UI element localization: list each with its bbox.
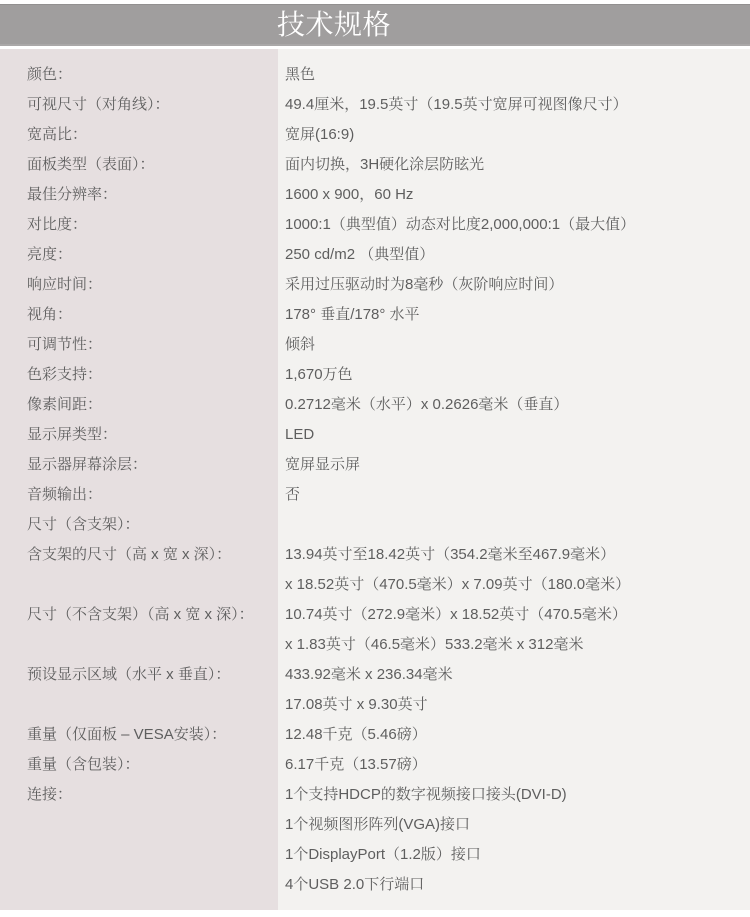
spec-label: 含支架的尺寸（高 x 宽 x 深）： (27, 540, 231, 570)
spec-row-connectivity-vga: 1个视频图形阵列(VGA)接口 (0, 810, 750, 840)
spec-label: 可调节性： (27, 330, 102, 360)
spec-row-connectivity-displayport: 1个DisplayPort（1.2版）接口 (0, 840, 750, 870)
spec-row-connectivity: 连接： 1个支持HDCP的数字视频接口接头(DVI-D) (0, 780, 750, 810)
spec-label: 对比度： (27, 210, 87, 240)
spec-value: 面内切换，3H硬化涂层防眩光 (285, 150, 484, 180)
spec-row-dimensions-with-stand-continued: x 18.52英寸（470.5毫米）x 7.09英寸（180.0毫米） (0, 570, 750, 600)
spec-value: x 18.52英寸（470.5毫米）x 7.09英寸（180.0毫米） (285, 570, 630, 600)
spec-value: 49.4厘米，19.5英寸（19.5英寸宽屏可视图像尺寸） (285, 90, 628, 120)
spec-label: 面板类型（表面）： (27, 150, 155, 180)
spec-value: 13.94英寸至18.42英寸（354.2毫米至467.9毫米） (285, 540, 615, 570)
spec-label: 重量（含包装）： (27, 750, 140, 780)
spec-row-adjustability: 可调节性： 倾斜 (0, 330, 750, 360)
spec-row-display-type: 显示屏类型： LED (0, 420, 750, 450)
spec-value: 1000:1（典型值）动态对比度2,000,000:1（最大值） (285, 210, 635, 240)
spec-label: 最佳分辨率： (27, 180, 117, 210)
section-header-bar: 技术规格 (0, 4, 750, 46)
spec-label: 尺寸（含支架）： (27, 510, 140, 540)
spec-label: 音频输出： (27, 480, 102, 510)
spec-value: 6.17千克（13.57磅） (285, 750, 427, 780)
spec-row-color-support: 色彩支持： 1,670万色 (0, 360, 750, 390)
spec-row-audio-output: 音频输出： 否 (0, 480, 750, 510)
spec-label: 颜色： (27, 60, 72, 90)
spec-value: x 1.83英寸（46.5毫米）533.2毫米 x 312毫米 (285, 630, 583, 660)
spec-value: 12.48千克（5.46磅） (285, 720, 427, 750)
spec-label: 尺寸（不含支架）（高 x 宽 x 深）： (27, 600, 254, 630)
spec-value: 4个USB 2.0下行端口 (285, 870, 424, 900)
spec-value: 250 cd/m2 （典型值） (285, 240, 434, 270)
spec-table: 颜色： 黑色 可视尺寸（对角线）： 49.4厘米，19.5英寸（19.5英寸宽屏… (0, 49, 750, 910)
spec-row-dimensions-without-stand: 尺寸（不含支架）（高 x 宽 x 深）： 10.74英寸（272.9毫米）x 1… (0, 600, 750, 630)
spec-label: 显示器屏幕涂层： (27, 450, 147, 480)
spec-row-contrast-ratio: 对比度： 1000:1（典型值）动态对比度2,000,000:1（最大值） (0, 210, 750, 240)
spec-value: 黑色 (285, 60, 315, 90)
spec-rows: 颜色： 黑色 可视尺寸（对角线）： 49.4厘米，19.5英寸（19.5英寸宽屏… (0, 60, 750, 900)
spec-value: 1个DisplayPort（1.2版）接口 (285, 840, 481, 870)
spec-row-weight-with-packaging: 重量（含包装）： 6.17千克（13.57磅） (0, 750, 750, 780)
spec-label: 响应时间： (27, 270, 102, 300)
spec-value: 1600 x 900，60 Hz (285, 180, 413, 210)
spec-value: 0.2712毫米（水平）x 0.2626毫米（垂直） (285, 390, 568, 420)
spec-label: 连接： (27, 780, 72, 810)
spec-row-panel-type: 面板类型（表面）： 面内切换，3H硬化涂层防眩光 (0, 150, 750, 180)
spec-value: 1个视频图形阵列(VGA)接口 (285, 810, 470, 840)
spec-row-brightness: 亮度： 250 cd/m2 （典型值） (0, 240, 750, 270)
spec-label: 预设显示区域（水平 x 垂直）： (27, 660, 230, 690)
spec-value: 采用过压驱动时为8毫秒（灰阶响应时间） (285, 270, 563, 300)
spec-value: 10.74英寸（272.9毫米）x 18.52英寸（470.5毫米） (285, 600, 627, 630)
spec-label: 重量（仅面板 – VESA安装）： (27, 720, 226, 750)
page-title: 技术规格 (277, 5, 391, 44)
spec-row-dimensions-with-stand: 含支架的尺寸（高 x 宽 x 深）： 13.94英寸至18.42英寸（354.2… (0, 540, 750, 570)
spec-label: 像素间距： (27, 390, 102, 420)
spec-row-connectivity-usb: 4个USB 2.0下行端口 (0, 870, 750, 900)
spec-row-response-time: 响应时间： 采用过压驱动时为8毫秒（灰阶响应时间） (0, 270, 750, 300)
spec-row-pixel-pitch: 像素间距： 0.2712毫米（水平）x 0.2626毫米（垂直） (0, 390, 750, 420)
spec-label: 视角： (27, 300, 72, 330)
spec-row-optimal-resolution: 最佳分辨率： 1600 x 900，60 Hz (0, 180, 750, 210)
spec-value: 178° 垂直/178° 水平 (285, 300, 420, 330)
spec-row-viewable-size: 可视尺寸（对角线）： 49.4厘米，19.5英寸（19.5英寸宽屏可视图像尺寸） (0, 90, 750, 120)
spec-value: 宽屏(16:9) (285, 120, 354, 150)
spec-row-aspect-ratio: 宽高比： 宽屏(16:9) (0, 120, 750, 150)
spec-value: 17.08英寸 x 9.30英寸 (285, 690, 428, 720)
spec-row-preset-display-area: 预设显示区域（水平 x 垂直）： 433.92毫米 x 236.34毫米 (0, 660, 750, 690)
spec-row-preset-display-area-continued: 17.08英寸 x 9.30英寸 (0, 690, 750, 720)
spec-label: 亮度： (27, 240, 72, 270)
spec-label: 可视尺寸（对角线）： (27, 90, 170, 120)
spec-label: 显示屏类型： (27, 420, 117, 450)
spec-row-screen-coating: 显示器屏幕涂层： 宽屏显示屏 (0, 450, 750, 480)
spec-row-dimensions-with-stand-heading: 尺寸（含支架）： (0, 510, 750, 540)
spec-value: 1个支持HDCP的数字视频接口接头(DVI-D) (285, 780, 567, 810)
spec-row-viewing-angle: 视角： 178° 垂直/178° 水平 (0, 300, 750, 330)
spec-label: 色彩支持： (27, 360, 102, 390)
spec-row-dimensions-without-stand-continued: x 1.83英寸（46.5毫米）533.2毫米 x 312毫米 (0, 630, 750, 660)
spec-value: LED (285, 420, 314, 450)
spec-value: 1,670万色 (285, 360, 353, 390)
spec-label: 宽高比： (27, 120, 87, 150)
spec-value: 433.92毫米 x 236.34毫米 (285, 660, 453, 690)
spec-row-weight-panel-only: 重量（仅面板 – VESA安装）： 12.48千克（5.46磅） (0, 720, 750, 750)
spec-value: 宽屏显示屏 (285, 450, 360, 480)
spec-value: 倾斜 (285, 330, 315, 360)
spec-value: 否 (285, 480, 300, 510)
spec-row-color: 颜色： 黑色 (0, 60, 750, 90)
